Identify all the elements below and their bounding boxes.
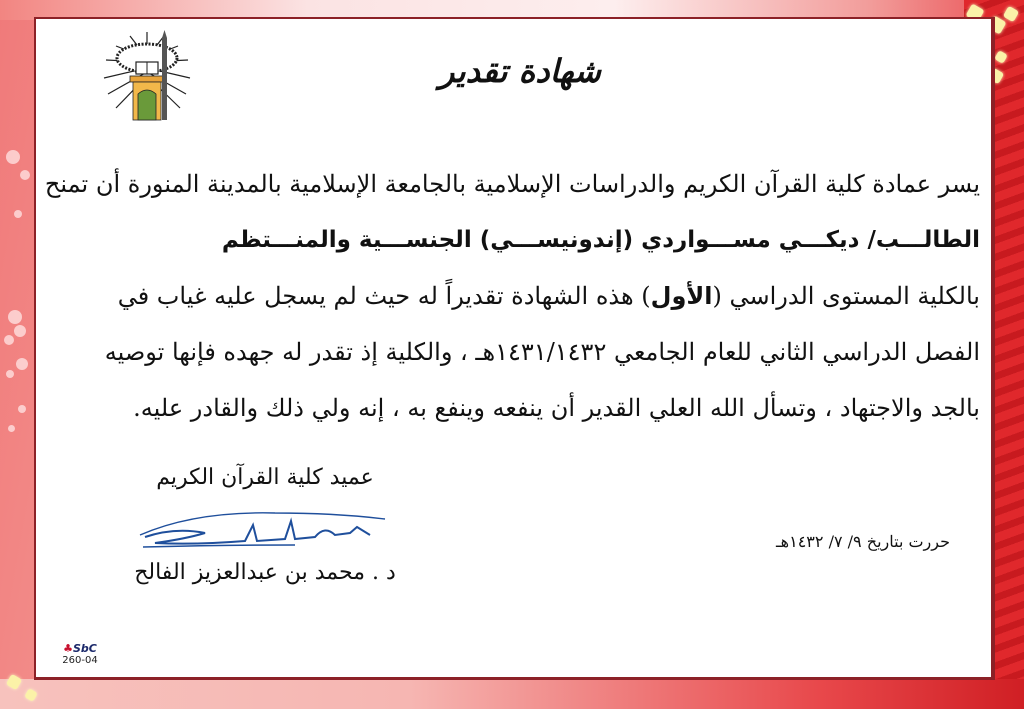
line3-after: ) هذه الشهادة تقديراً له حيث لم يسجل علي… [118, 282, 651, 310]
frame-bottom-border [0, 679, 1024, 709]
body-line-1: يسر عمادة كلية القرآن الكريم والدراسات ا… [70, 156, 980, 212]
body-line-2-student: الطالـــب/ ديكـــي مســـواردي (إندونيســ… [70, 212, 980, 268]
maple-leaf-icon: ♣ [63, 642, 73, 655]
body-line-3: بالكلية المستوى الدراسي (الأول) هذه الشه… [70, 268, 980, 324]
date-value: ٩/ ٧/ ١٤٣٢هـ [776, 532, 862, 551]
body-line-4: الفصل الدراسي الثاني للعام الجامعي ١٤٣١/… [70, 324, 980, 380]
certificate-title: شهادة تقدير [420, 52, 620, 90]
printer-brand-text: SbC [73, 642, 97, 655]
issue-date: حررت بتاريخ ٩/ ٧/ ١٤٣٢هـ [730, 532, 950, 551]
printer-brand: ♣SbC [58, 642, 102, 655]
study-level: الأول [651, 282, 713, 310]
signatory-name: د . محمد بن عبدالعزيز الفالح [130, 560, 400, 585]
certificate-body: يسر عمادة كلية القرآن الكريم والدراسات ا… [70, 156, 980, 436]
signatory-title: عميد كلية القرآن الكريم [150, 465, 380, 490]
signature-icon [135, 505, 395, 555]
body-line-5: بالجد والاجتهاد ، وتسأل الله العلي القدي… [70, 380, 980, 436]
printer-code: 260-04 [58, 655, 102, 666]
line3-before: بالكلية المستوى الدراسي ( [712, 282, 980, 310]
university-logo-icon [100, 28, 195, 123]
printer-mark: ♣SbC 260-04 [58, 642, 102, 666]
date-label: حررت بتاريخ [867, 532, 950, 551]
